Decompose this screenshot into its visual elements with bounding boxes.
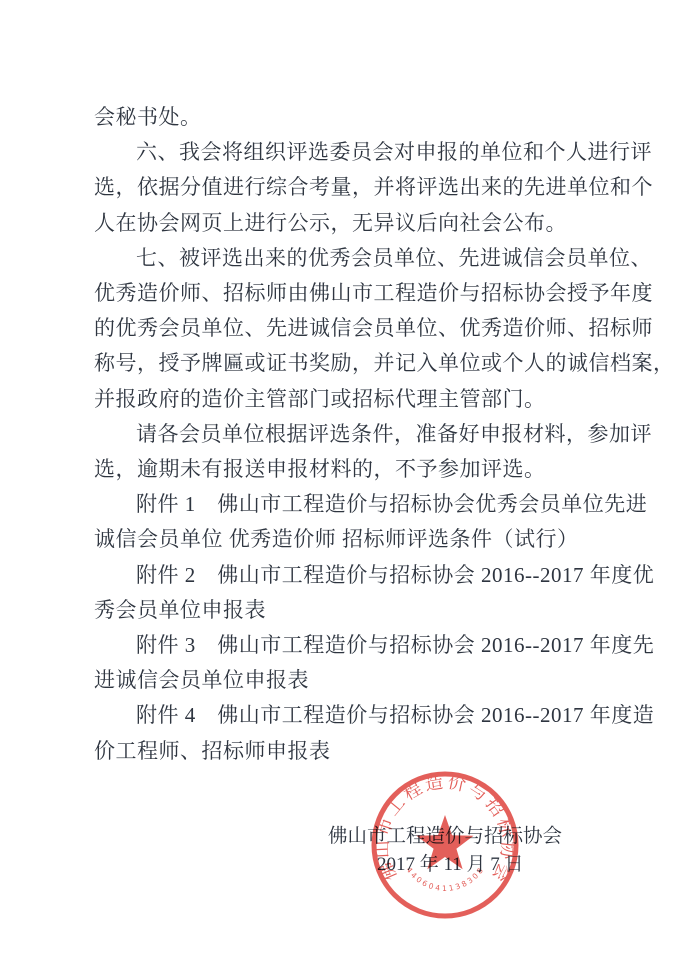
document-page: 会秘书处。六、我会将组织评选委员会对申报的单位和个人进行评选，依据分值进行综合考…	[0, 0, 680, 976]
document-body: 会秘书处。六、我会将组织评选委员会对申报的单位和个人进行评选，依据分值进行综合考…	[94, 100, 604, 769]
signature-org: 佛山市工程造价与招标协会	[328, 820, 562, 848]
body-line: 请各会员单位根据评选条件，准备好申报材料，参加评	[94, 417, 604, 452]
body-line: 优秀造价师、招标师由佛山市工程造价与招标协会授予年度	[94, 276, 604, 311]
body-line: 附件 2 佛山市工程造价与招标协会 2016--2017 年度优	[94, 558, 604, 593]
body-line: 诚信会员单位 优秀造价师 招标师评选条件（试行）	[94, 522, 604, 557]
body-line: 选，依据分值进行综合考量，并将评选出来的先进单位和个	[94, 170, 604, 205]
body-line: 价工程师、招标师申报表	[94, 734, 604, 769]
body-line: 六、我会将组织评选委员会对申报的单位和个人进行评	[94, 135, 604, 170]
body-line: 七、被评选出来的优秀会员单位、先进诚信会员单位、	[94, 241, 604, 276]
signature-date: 2017 年 11 月 7 日	[377, 849, 524, 876]
body-line: 附件 3 佛山市工程造价与招标协会 2016--2017 年度先	[94, 628, 604, 663]
body-line: 选，逾期未有报送申报材料的，不予参加评选。	[94, 452, 604, 487]
body-line: 人在协会网页上进行公示，无异议后向社会公布。	[94, 206, 604, 241]
body-line: 会秘书处。	[94, 100, 604, 135]
body-line: 进诚信会员单位申报表	[94, 663, 604, 698]
body-line: 秀会员单位申报表	[94, 593, 604, 628]
body-line: 并报政府的造价主管部门或招标代理主管部门。	[94, 382, 604, 417]
body-line: 的优秀会员单位、先进诚信会员单位、优秀造价师、招标师	[94, 311, 604, 346]
body-line: 附件 1 佛山市工程造价与招标协会优秀会员单位先进	[94, 487, 604, 522]
body-line: 称号，授予牌匾或证书奖励，并记入单位或个人的诚信档案，	[94, 346, 604, 381]
body-line: 附件 4 佛山市工程造价与招标协会 2016--2017 年度造	[94, 698, 604, 733]
